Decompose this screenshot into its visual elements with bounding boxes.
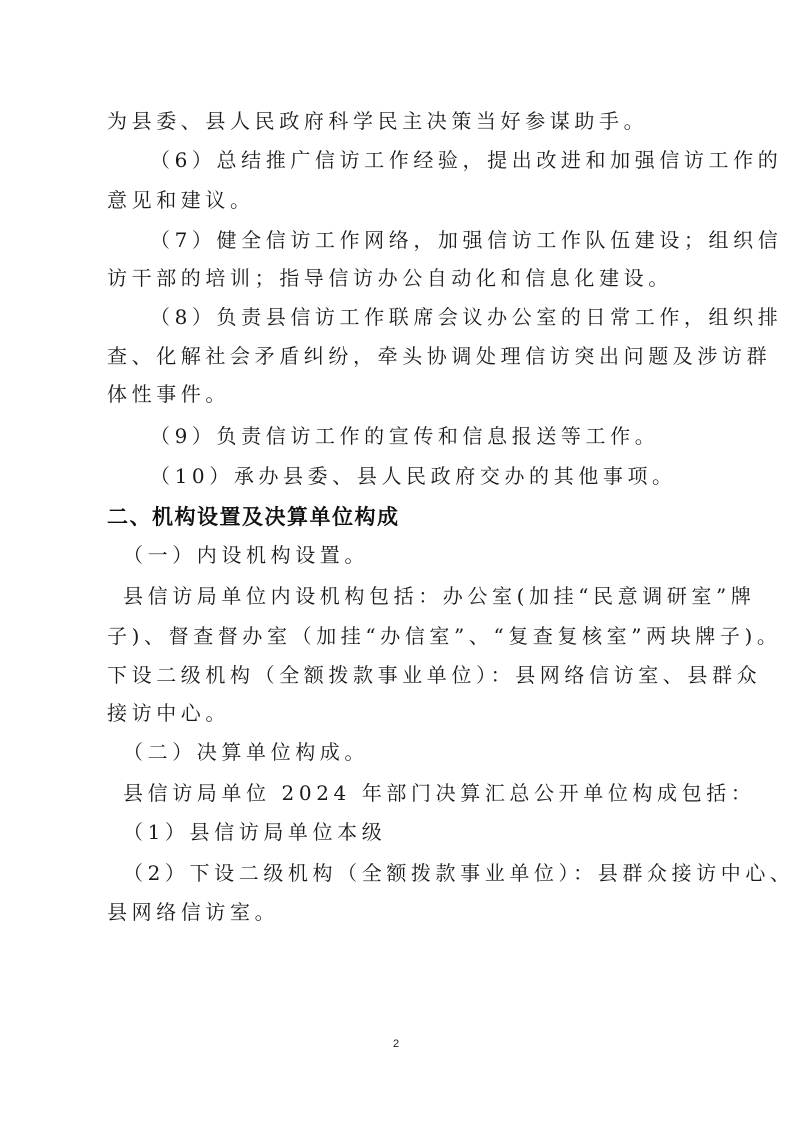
paragraph-line: 子)、督查督办室（加挂“办信室”、“复查复核室”两块牌子)。 [107,624,782,648]
paragraph-line: 县网络信访室。 [107,900,279,924]
page-number: 2 [393,1038,399,1050]
list-item-8: （8）负责县信访工作联席会议办公室的日常工作，组织排 [150,305,782,329]
paragraph-line: 接访中心。 [107,701,230,725]
list-item-9: （9）负责信访工作的宣传和信息报送等工作。 [150,424,659,448]
document-page: 为县委、县人民政府科学民主决策当好参谋助手。 （6）总结推广信访工作经验，提出改… [0,0,793,1122]
paragraph-line: 县信访局单位内设机构包括：办公室(加挂“民意调研室”牌 [123,584,755,608]
list-item-10: （10）承办县委、县人民政府交办的其他事项。 [150,464,677,488]
paragraph-line: 为县委、县人民政府科学民主决策当好参谋助手。 [107,109,648,133]
list-item-2: （2）下设二级机构（全额拨款事业单位）：县群众接访中心、 [123,861,793,885]
list-item-1: （1）县信访局单位本级 [123,820,386,844]
paragraph-line: 体性事件。 [107,382,230,406]
list-item-6: （6）总结推广信访工作经验，提出改进和加强信访工作的 [150,148,782,172]
paragraph-line: 访干部的培训；指导信访办公自动化和信息化建设。 [107,266,673,290]
subsection-heading: （一）内设机构设置。 [123,543,369,567]
paragraph-line: 意见和建议。 [107,188,255,212]
list-item-7: （7）健全信访工作网络，加强信访工作队伍建设；组织信 [150,228,782,252]
paragraph-line: 查、化解社会矛盾纠纷，牵头协调处理信访突出问题及涉访群 [107,344,771,368]
section-heading: 二、机构设置及决算单位构成 [107,505,400,529]
paragraph-line: 下设二级机构（全额拨款事业单位）：县网络信访室、县群众 [107,663,761,687]
paragraph-line: 县信访局单位 2024 年部门决算汇总公开单位构成包括： [123,781,755,805]
subsection-heading: （二）决算单位构成。 [123,740,369,764]
